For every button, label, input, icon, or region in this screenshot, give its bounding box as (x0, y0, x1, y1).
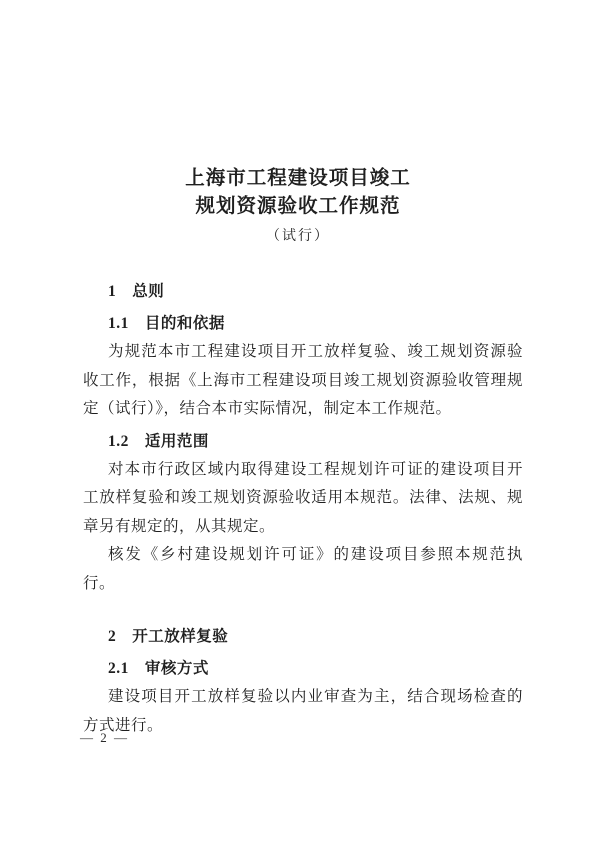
document-body: 1 总则 1.1 目的和依据 为规范本市工程建设项目开工放样复验、竣工规划资源验… (83, 277, 523, 740)
doc-title-block: 上海市工程建设项目竣工 规划资源验收工作规范 （试行） (0, 165, 596, 246)
page-number: — 2 — (80, 730, 129, 746)
doc-title-line-1: 上海市工程建设项目竣工 (0, 165, 596, 193)
document-page: 上海市工程建设项目竣工 规划资源验收工作规范 （试行） 1 总则 1.1 目的和… (0, 0, 596, 842)
section-heading-2-stakeout-recheck: 2 开工放样复验 (83, 622, 523, 651)
section-heading-1-general: 1 总则 (83, 277, 523, 306)
doc-subtitle-trial: （试行） (0, 228, 596, 246)
doc-title-line-2: 规划资源验收工作规范 (0, 193, 596, 221)
section-heading-2-1-review-method: 2.1 审核方式 (83, 654, 523, 683)
paragraph-purpose-basis: 为规范本市工程建设项目开工放样复验、竣工规划资源验收工作，根据《上海市工程建设项… (83, 338, 523, 424)
paragraph-review-method: 建设项目开工放样复验以内业审查为主，结合现场检查的方式进行。 (83, 683, 523, 740)
section-spacer (83, 598, 523, 622)
section-heading-1-2-scope: 1.2 适用范围 (83, 427, 523, 456)
paragraph-scope-main: 对本市行政区域内取得建设工程规划许可证的建设项目开工放样复验和竣工规划资源验收适… (83, 456, 523, 542)
paragraph-scope-rural-permit: 核发《乡村建设规划许可证》的建设项目参照本规范执行。 (83, 541, 523, 598)
section-heading-1-1-purpose: 1.1 目的和依据 (83, 309, 523, 338)
